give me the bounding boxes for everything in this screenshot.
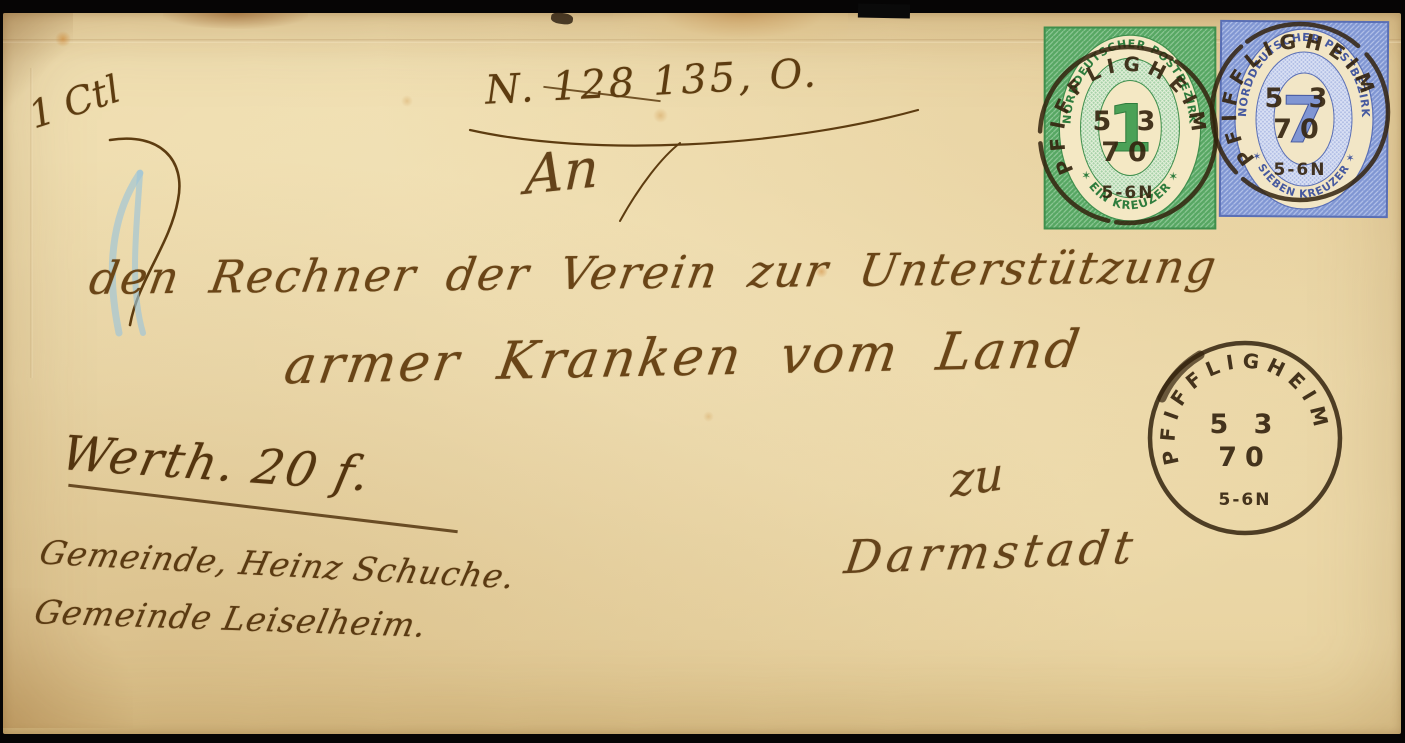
sender-line-2: Gemeinde Leiselheim.	[31, 592, 431, 644]
postmark-time: 5-6N	[1102, 183, 1155, 203]
sender-line-1: Gemeinde, Heinz Schuche.	[36, 533, 520, 596]
postmark-year: 70	[1101, 137, 1155, 168]
address-line-2: armer Kranken vom Land	[280, 320, 1086, 397]
stain	[613, 13, 848, 53]
weight-note: 1 Ctl	[23, 67, 125, 138]
destination-zu: zu	[950, 446, 1003, 508]
postmark-date: 5 3	[1093, 106, 1164, 137]
postmark-date: 5 3	[1210, 409, 1281, 440]
stain	[163, 13, 308, 29]
paper-tear-notch	[858, 3, 910, 18]
destination-city: Darmstadt	[841, 520, 1141, 585]
postmark-year: 70	[1218, 442, 1272, 473]
address-line-1: den Rechner der Verein zur Unterstützung	[86, 240, 1222, 305]
postmark-on-green-stamp: PFIFFLIGHEIM 5 3 70 5-6N	[1028, 35, 1228, 235]
postmark-lower-right: PFIFFLIGHEIM 5 3 70 5-6N	[1140, 333, 1350, 543]
scan-background: { "scene": { "description": "Scanned 187…	[0, 0, 1405, 743]
salutation-flourish	[618, 141, 708, 226]
salutation-an: An	[524, 136, 600, 207]
envelope: 1 Ctl N. 128 135, O. An den Rechner der …	[3, 13, 1401, 734]
stain	[401, 95, 413, 107]
stain	[703, 411, 714, 422]
postmark-time: 5-6N	[1274, 160, 1327, 180]
postmark-on-blue-stamp: PFIFFLIGHEIM 5 3 70 5-6N	[1200, 12, 1400, 212]
postmark-time: 5-6N	[1219, 490, 1272, 510]
postmark-date: 5 3	[1265, 83, 1336, 114]
postmark-year: 70	[1273, 114, 1327, 145]
ink-spot	[550, 12, 573, 26]
